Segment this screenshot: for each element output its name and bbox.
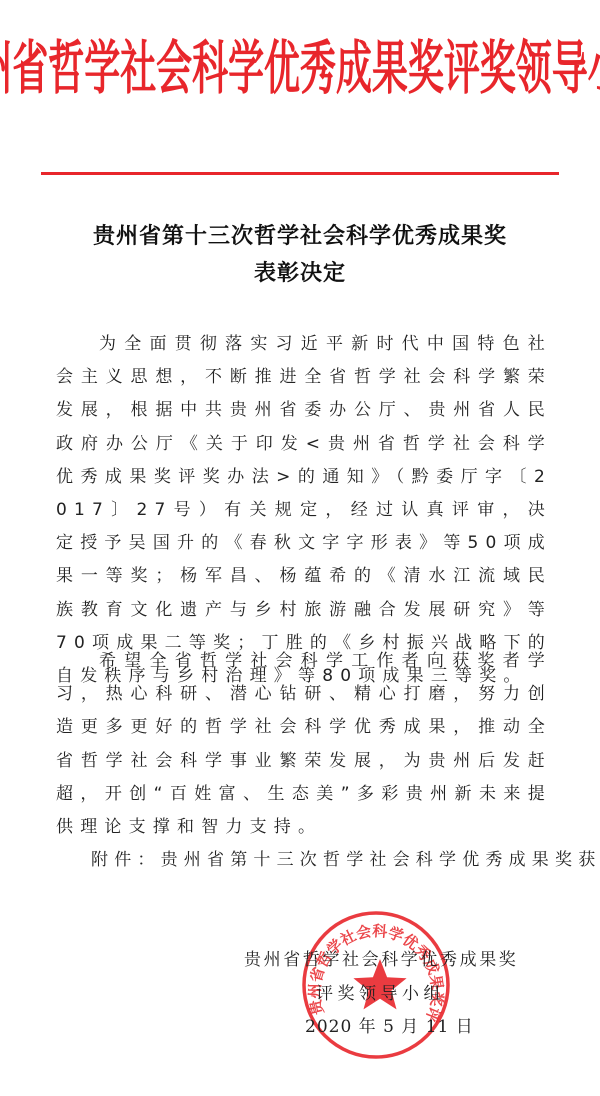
- letterhead-red-rule: [41, 172, 559, 175]
- body-paragraph-2: 希望全省哲学社会科学工作者向获奖者学习，热心科研、潜心钻研、精心打磨，努力创造更…: [56, 645, 552, 844]
- attachment-note: 附件：贵州省第十三次哲学社会科学优秀成果奖获奖名单: [91, 845, 600, 870]
- letterhead-title: 贵州省哲学社会科学优秀成果奖评奖领导小组: [0, 30, 600, 106]
- body-paragraph-1: 为全面贯彻落实习近平新时代中国特色社会主义思想，不断推进全省哲学社会科学繁荣发展…: [56, 328, 552, 693]
- document-title-line1: 贵州省第十三次哲学社会科学优秀成果奖: [0, 219, 600, 250]
- signature-org-line1: 贵州省哲学社会科学优秀成果奖: [244, 945, 518, 970]
- document-title-line2: 表彰决定: [0, 256, 600, 287]
- signature-org-line2: 评奖领导小组: [316, 979, 445, 1004]
- paragraph-text: 希望全省哲学社会科学工作者向获奖者学习，热心科研、潜心钻研、精心打磨，努力创造更…: [56, 645, 552, 844]
- signature-date: 2020 年 5 月 11 日: [305, 1012, 474, 1037]
- paragraph-text: 为全面贯彻落实习近平新时代中国特色社会主义思想，不断推进全省哲学社会科学繁荣发展…: [56, 328, 552, 693]
